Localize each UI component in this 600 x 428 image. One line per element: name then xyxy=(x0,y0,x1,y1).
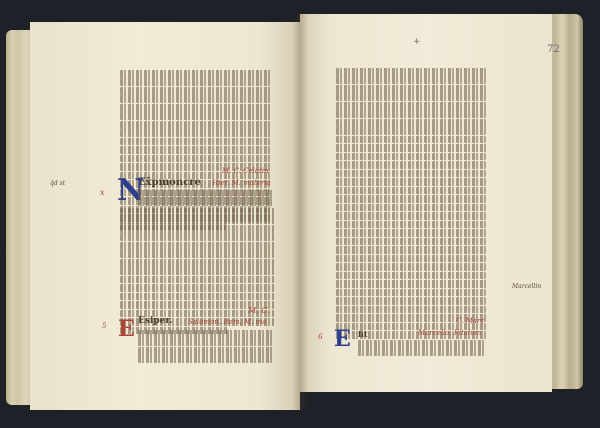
rubric-left-1: M. C. Celatin xyxy=(222,167,269,175)
margin-note-left: q̃d st xyxy=(50,180,65,187)
initial-e-red: E xyxy=(118,318,135,340)
left-text-column-middle xyxy=(138,190,274,207)
top-cross-mark: + xyxy=(413,37,421,47)
rubric-left-3: Salomon. Item. M. ma xyxy=(188,318,266,326)
initial-e-blue: E xyxy=(334,328,351,350)
right-text-column xyxy=(336,68,486,340)
section-mark-left: 5 xyxy=(102,322,106,330)
margin-mark-x: x xyxy=(100,188,105,197)
section-mark-right: 6 xyxy=(318,333,322,341)
rubric-right-2: Marcella. Fitalum xyxy=(418,329,481,337)
heading-left-1: Ex̃pmoncre xyxy=(138,177,201,188)
folio-number: 72 xyxy=(547,44,560,55)
right-text-column-end xyxy=(358,340,486,357)
margin-note-right: Marcellin xyxy=(512,283,541,290)
manuscript-photo: M. C. Celatin Ex̃pmoncre Hier. M. materi… xyxy=(0,0,600,428)
rubric-left-2: Hier. M. materia xyxy=(212,179,271,187)
rubric-left-4: M. C. xyxy=(248,306,270,315)
heading-right-2: fit xyxy=(358,329,368,339)
rubric-right-1: C. Marc xyxy=(456,317,484,325)
left-text-column-end xyxy=(138,330,274,364)
heading-left-2: Esiper. xyxy=(138,316,172,326)
gutter-shadow xyxy=(292,14,308,410)
